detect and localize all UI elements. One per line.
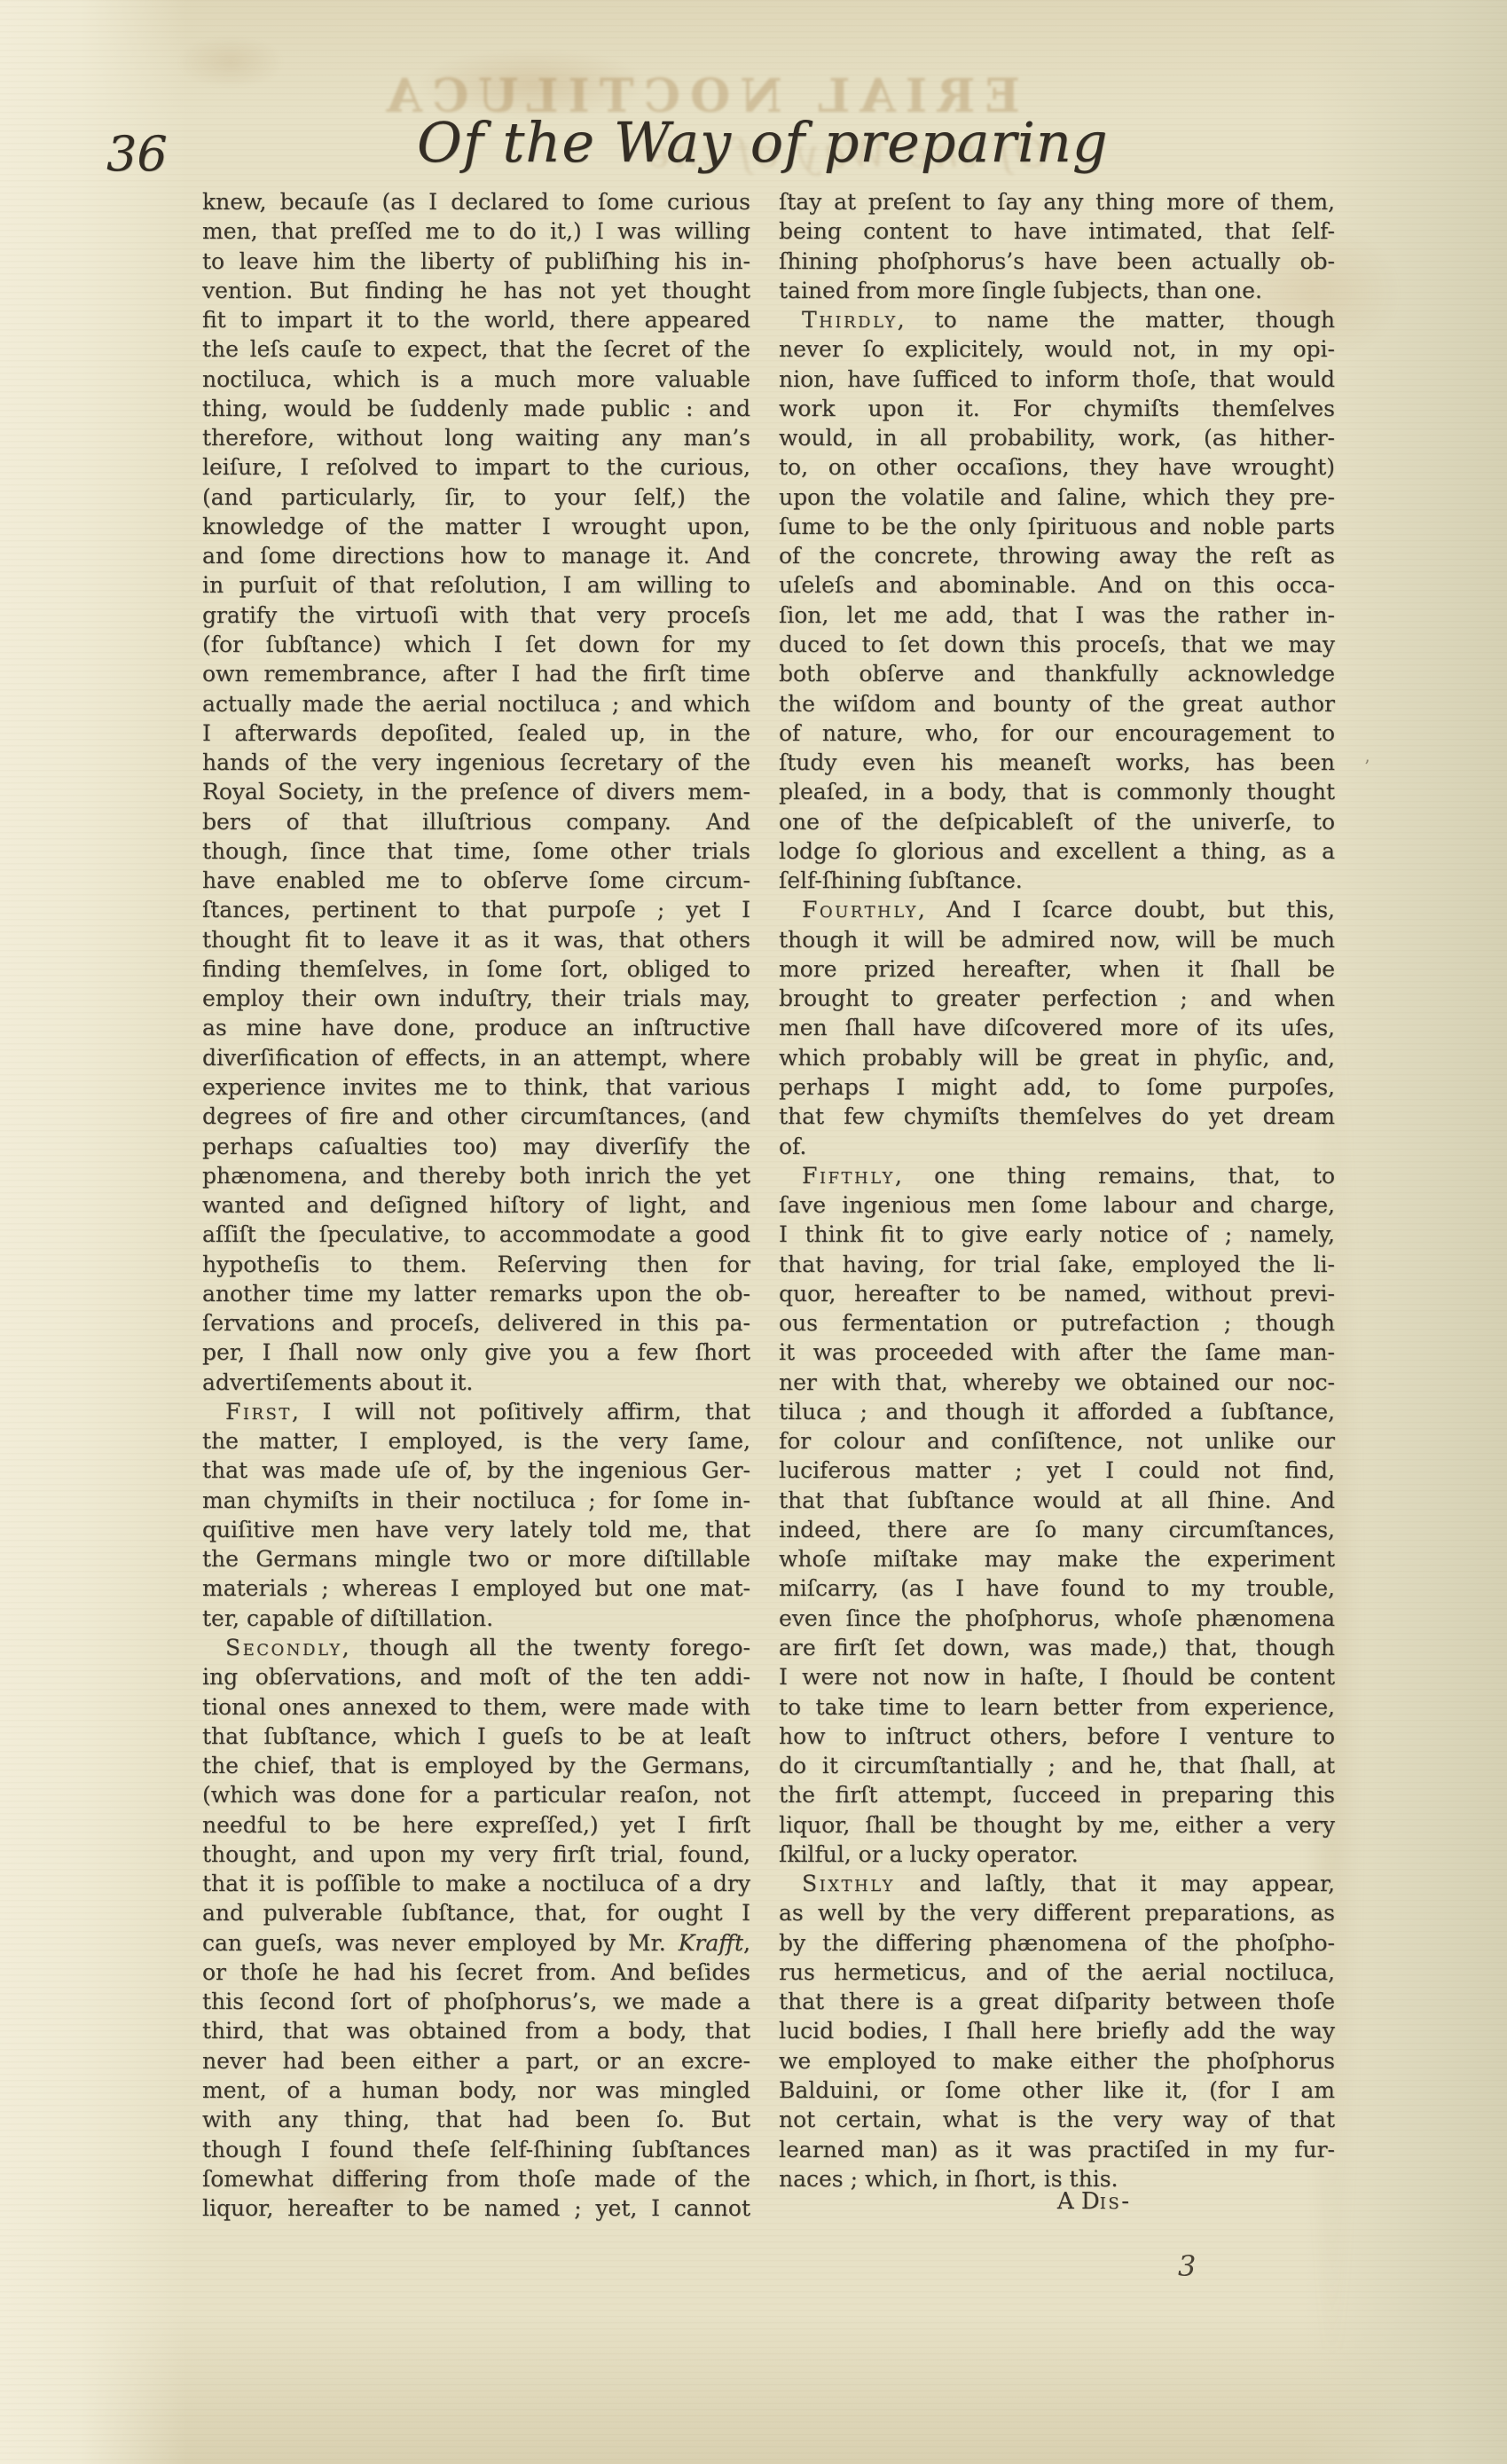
page-number: 36: [106, 126, 168, 182]
text-line: perhaps I might add, to ſome purpoſes,: [779, 1072, 1335, 1102]
text-line: men ſhall have diſcovered more of its uſ…: [779, 1013, 1335, 1042]
text-line: the Germans mingle two or more diſtillab…: [202, 1544, 750, 1573]
text-line: noctiluca, which is a much more valuable: [202, 365, 750, 394]
text-line: man chymiſts in their noctiluca ; for ſo…: [202, 1486, 750, 1515]
text-line: ſervations and proceſs, delivered in thi…: [202, 1308, 750, 1338]
text-line: ſion, let me add, that I was the rather …: [779, 600, 1335, 630]
text-line: Sixthly and laſtly, that it may appear,: [779, 1869, 1335, 1898]
text-line: liquor, hereafter to be named ; yet, I c…: [202, 2193, 750, 2223]
text-line: per, I ſhall now only give you a few ſho…: [202, 1338, 750, 1367]
text-line: never had been either a part, or an excr…: [202, 2046, 750, 2076]
text-line: the matter, I employed, is the very ſame…: [202, 1426, 750, 1456]
text-line: Thirdly, to name the matter, though: [779, 305, 1335, 334]
text-line: of nature, who, for our encouragement to: [779, 718, 1335, 748]
text-line: Royal Society, in the preſence of divers…: [202, 777, 750, 806]
text-line: (for ſubſtance) which I ſet down for my: [202, 630, 750, 659]
text-line: how to inſtruct others, before I venture…: [779, 1722, 1335, 1751]
text-line: aſſiſt the ſpeculative, to accommodate a…: [202, 1220, 750, 1249]
text-line: to take time to learn better from experi…: [779, 1692, 1335, 1722]
text-line: bers of that illuſtrious company. And: [202, 807, 750, 836]
text-line: ſtay at preſent to ſay any thing more of…: [779, 187, 1335, 216]
text-line: ous fermentation or putrefaction ; thoug…: [779, 1308, 1335, 1338]
text-line: that it is poſſible to make a noctiluca …: [202, 1869, 750, 1898]
text-line: even ſince the phoſphorus, whoſe phænome…: [779, 1604, 1335, 1633]
text-line: employ their own induſtry, their trials …: [202, 984, 750, 1013]
text-line: ſume to be the only ſpirituous and noble…: [779, 512, 1335, 541]
text-line: the wiſdom and bounty of the great autho…: [779, 689, 1335, 718]
text-line: though I found theſe ſelf-ſhining ſubſta…: [202, 2135, 750, 2164]
text-line: therefore, without long waiting any man’…: [202, 423, 750, 452]
text-line: being content to have intimated, that ſe…: [779, 216, 1335, 246]
text-line: and ſome directions how to manage it. An…: [202, 541, 750, 570]
text-line: rus hermeticus, and of the aerial noctil…: [779, 1958, 1335, 1987]
text-line: leiſure, I reſolved to impart to the cur…: [202, 452, 750, 482]
text-line: First, I will not poſitively affirm, tha…: [202, 1397, 750, 1426]
text-line: advertiſements about it.: [202, 1368, 750, 1397]
text-line: or thoſe he had his ſecret from. And beſ…: [202, 1958, 750, 1987]
text-line: whoſe miſtake may make the experiment: [779, 1544, 1335, 1573]
text-line: ing obſervations, and moſt of the ten ad…: [202, 1662, 750, 1691]
signature-mark: 3: [1178, 2249, 1196, 2283]
text-line: ſkilful, or a lucky operator.: [779, 1840, 1335, 1869]
text-line: that that ſubſtance would at all ſhine. …: [779, 1486, 1335, 1515]
text-line: more prized hereafter, when it ſhall be: [779, 954, 1335, 984]
text-line: thought, and upon my very firſt trial, f…: [202, 1840, 750, 1869]
text-line: I were not now in haſte, I ſhould be con…: [779, 1662, 1335, 1691]
text-line: ſhining phoſphorus’s have been actually …: [779, 247, 1335, 276]
text-line: own remembrance, after I had the firſt t…: [202, 659, 750, 688]
text-line: do it circumſtantially ; and he, that ſh…: [779, 1751, 1335, 1780]
text-line: experience invites me to think, that var…: [202, 1072, 750, 1102]
text-line: by the differing phænomena of the phoſph…: [779, 1928, 1335, 1958]
text-line: wanted and deſigned hiſtory of light, an…: [202, 1190, 750, 1220]
text-line: the chief, that is employed by the Germa…: [202, 1751, 750, 1780]
text-line: which probably will be great in phyſic, …: [779, 1043, 1335, 1072]
text-line: finding themſelves, in ſome ſort, oblige…: [202, 954, 750, 984]
text-line: we employed to make either the phoſphoru…: [779, 2046, 1335, 2076]
text-line: fit to impart it to the world, there app…: [202, 305, 750, 334]
text-line: men, that preſſed me to do it,) I was wi…: [202, 216, 750, 246]
text-line: ſave ingenious men ſome labour and charg…: [779, 1190, 1335, 1220]
text-line: vention. But finding he has not yet thou…: [202, 276, 750, 305]
text-line: upon the volatile and ſaline, which they…: [779, 483, 1335, 512]
text-line: tained from more ſingle ſubjects, than o…: [779, 276, 1335, 305]
text-line: that few chymiſts themſelves do yet drea…: [779, 1102, 1335, 1131]
text-line: the firſt attempt, ſucceed in preparing …: [779, 1780, 1335, 1809]
text-line: though, ſince that time, ſome other tria…: [202, 836, 750, 866]
text-line: it was proceeded with after the ſame man…: [779, 1338, 1335, 1367]
text-line: have enabled me to obſerve ſome circum-: [202, 866, 750, 895]
catchword: A Dis-: [779, 2187, 1335, 2217]
text-line: nion, have ſufficed to inform thoſe, tha…: [779, 365, 1335, 394]
text-line: needful to be here expreſſed,) yet I fir…: [202, 1810, 750, 1840]
text-line: to, on other occaſions, they have wrough…: [779, 452, 1335, 482]
text-line: ſtudy even his meaneſt works, has been: [779, 748, 1335, 777]
text-line: of the concrete, throwing away the reſt …: [779, 541, 1335, 570]
text-line: learned man) as it was practiſed in my f…: [779, 2135, 1335, 2164]
text-line: work upon it. For chymiſts themſelves: [779, 394, 1335, 423]
text-line: ſelf-ſhining ſubſtance.: [779, 866, 1335, 895]
text-line: though it will be admired now, will be m…: [779, 925, 1335, 954]
text-line: that having, for trial ſake, employed th…: [779, 1250, 1335, 1279]
running-header: Of the Way of preparing: [417, 110, 1073, 175]
text-line: perhaps caſualties too) may diverſify th…: [202, 1132, 750, 1161]
text-line: duced to ſet down this proceſs, that we …: [779, 630, 1335, 659]
text-line: not certain, what is the very way of tha…: [779, 2105, 1335, 2134]
text-line: ner with that, whereby we obtained our n…: [779, 1368, 1335, 1397]
text-line: quiſitive men have very lately told me, …: [202, 1515, 750, 1544]
text-line: of.: [779, 1132, 1335, 1161]
text-column-right: ſtay at preſent to ſay any thing more of…: [779, 187, 1335, 2193]
text-line: ment, of a human body, nor was mingled: [202, 2076, 750, 2105]
text-line: one of the deſpicableſt of the univerſe,…: [779, 807, 1335, 836]
text-line: gratify the virtuoſi with that very proc…: [202, 600, 750, 630]
text-line: that ſubſtance, which I gueſs to be at l…: [202, 1722, 750, 1751]
text-line: both obſerve and thankfully acknowledge: [779, 659, 1335, 688]
text-line: brought to greater perfection ; and when: [779, 984, 1335, 1013]
text-column-left: knew, becauſe (as I declared to ſome cur…: [202, 187, 750, 2223]
text-line: thing, would be ſuddenly made public : a…: [202, 394, 750, 423]
text-line: lucid bodies, I ſhall here briefly add t…: [779, 2016, 1335, 2045]
text-line: degrees of fire and other circumſtances,…: [202, 1102, 750, 1131]
text-line: knowledge of the matter I wrought upon,: [202, 512, 750, 541]
text-line: knew, becauſe (as I declared to ſome cur…: [202, 187, 750, 216]
text-line: (and particularly, ſir, to your ſelf,) t…: [202, 483, 750, 512]
text-line: ſtances, pertinent to that purpoſe ; yet…: [202, 895, 750, 924]
text-line: tional ones annexed to them, were made w…: [202, 1692, 750, 1722]
text-line: can gueſs, was never employed by Mr. Kra…: [202, 1928, 750, 1958]
text-line: for colour and conſiſtence, not unlike o…: [779, 1426, 1335, 1456]
text-line: ter, capable of diſtillation.: [202, 1604, 750, 1633]
text-line: in purſuit of that reſolution, I am will…: [202, 570, 750, 600]
text-line: hypotheſis to them. Reſerving then for: [202, 1250, 750, 1279]
text-line: luciferous matter ; yet I could not find…: [779, 1456, 1335, 1485]
text-line: this ſecond ſort of phoſphorus’s, we mad…: [202, 1987, 750, 2016]
text-line: the leſs cauſe to expect, that the ſecre…: [202, 334, 750, 364]
text-line: would, in all probability, work, (as hit…: [779, 423, 1335, 452]
marginal-mark: ’: [1364, 756, 1370, 777]
text-line: and pulverable ſubſtance, that, for ough…: [202, 1898, 750, 1927]
paper-stain: [177, 35, 284, 89]
text-line: actually made the aerial noctiluca ; and…: [202, 689, 750, 718]
text-line: phænomena, and thereby both inrich the y…: [202, 1161, 750, 1190]
text-line: tiluca ; and though it afforded a ſubſta…: [779, 1397, 1335, 1426]
text-line: that was made uſe of, by the ingenious G…: [202, 1456, 750, 1485]
text-line: (which was done for a particular reaſon,…: [202, 1780, 750, 1809]
text-line: Secondly, though all the twenty forego-: [202, 1633, 750, 1662]
text-line: I think fit to give early notice of ; na…: [779, 1220, 1335, 1249]
text-line: quor, hereafter to be named, without pre…: [779, 1279, 1335, 1308]
text-line: with any thing, that had been ſo. But: [202, 2105, 750, 2134]
text-line: are firſt ſet down, was made,) that, tho…: [779, 1633, 1335, 1662]
text-line: that there is a great diſparity between …: [779, 1987, 1335, 2016]
text-line: thought fit to leave it as it was, that …: [202, 925, 750, 954]
text-line: Fifthly, one thing remains, that, to: [779, 1161, 1335, 1190]
text-line: Fourthly, And I ſcarce doubt, but this,: [779, 895, 1335, 924]
text-line: never ſo explicitely, would not, in my o…: [779, 334, 1335, 364]
text-line: third, that was obtained from a body, th…: [202, 2016, 750, 2045]
text-line: miſcarry, (as I have found to my trouble…: [779, 1573, 1335, 1603]
text-line: diverſification of effects, in an attemp…: [202, 1043, 750, 1072]
text-line: hands of the very ingenious ſecretary of…: [202, 748, 750, 777]
text-line: another time my latter remarks upon the …: [202, 1279, 750, 1308]
text-line: as mine have done, produce an inſtructiv…: [202, 1013, 750, 1042]
text-line: indeed, there are ſo many circumſtances,: [779, 1515, 1335, 1544]
text-line: I afterwards depoſited, ſealed up, in th…: [202, 718, 750, 748]
text-line: ſomewhat differing from thoſe made of th…: [202, 2164, 750, 2193]
text-line: as well by the very different preparatio…: [779, 1898, 1335, 1927]
text-line: uſeleſs and abominable. And on this occa…: [779, 570, 1335, 600]
text-line: lodge ſo glorious and excellent a thing,…: [779, 836, 1335, 866]
text-line: liquor, ſhall be thought by me, either a…: [779, 1810, 1335, 1840]
text-line: pleaſed, in a body, that is commonly tho…: [779, 777, 1335, 806]
text-line: Balduini, or ſome other like it, (for I …: [779, 2076, 1335, 2105]
book-page: ERIAL NOCTILUCA Of the Way of the 36 Of …: [0, 0, 1507, 2464]
text-line: to leave him the liberty of publiſhing h…: [202, 247, 750, 276]
text-line: materials ; whereas I employed but one m…: [202, 1573, 750, 1603]
